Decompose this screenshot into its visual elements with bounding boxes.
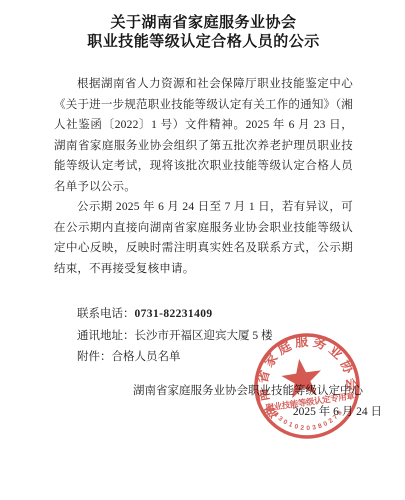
contact-phone-label: 联系电话： — [77, 308, 135, 320]
official-seal: 湖南省家庭服务业协会 职业技能等级认定专用章 4301020380278 — [239, 318, 375, 454]
contact-phone-value: 0731-82231409 — [135, 308, 213, 320]
body-paragraph-1: 根据湖南省人力资源和社会保障厅职业技能鉴定中心《关于进一步规范职业技能等级认定有… — [54, 74, 353, 197]
attachment-label: 附件： — [77, 351, 112, 363]
document-body: 根据湖南省人力资源和社会保障厅职业技能鉴定中心《关于进一步规范职业技能等级认定有… — [54, 74, 353, 279]
document-title-line1: 关于湖南省家庭服务业协会 — [54, 13, 353, 32]
document-title-line2: 职业技能等级认定合格人员的公示 — [54, 32, 353, 51]
contact-phone-line: 联系电话：0731-82231409 — [54, 304, 353, 326]
contact-address-label: 通讯地址： — [77, 330, 135, 342]
document-page: 关于湖南省家庭服务业协会 职业技能等级认定合格人员的公示 根据湖南省人力资源和社… — [0, 0, 405, 500]
body-paragraph-2: 公示期 2025 年 6 月 24 日至 7 月 1 日，若有异议，可在公示期内… — [54, 197, 353, 279]
star-icon — [279, 356, 324, 399]
document-title: 关于湖南省家庭服务业协会 职业技能等级认定合格人员的公示 — [54, 13, 353, 51]
attachment-value: 合格人员名单 — [112, 351, 181, 363]
